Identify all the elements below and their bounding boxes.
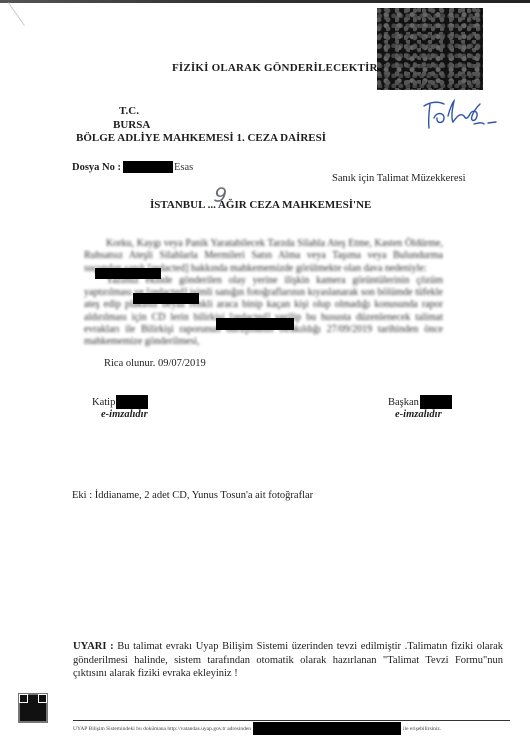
footer-code-redaction bbox=[253, 722, 401, 735]
attachments-line: Eki : İddianame, 2 adet CD, Yunus Tosun'… bbox=[72, 490, 313, 501]
signature-name-redaction bbox=[420, 395, 452, 409]
signature-president: Başkan e-imzalıdır bbox=[388, 395, 452, 420]
issuing-court: BÖLGE ADLİYE MAHKEMESİ 1. CEZA DAİRESİ bbox=[76, 132, 326, 144]
signature-role: Başkan bbox=[388, 397, 419, 408]
signature-clerk: Katip e-imzalıdır bbox=[92, 395, 148, 420]
footer-prefix: UYAP Bilişim Sistemindeki bu dokümana ht… bbox=[73, 726, 251, 732]
warning-notice: UYARI : Bu talimat evrakı Uyap Bilişim S… bbox=[73, 640, 503, 681]
city-heading: BURSA bbox=[113, 119, 150, 131]
footer-suffix: ile erişebilirsiniz. bbox=[403, 726, 441, 732]
e-signature-status: e-imzalıdır bbox=[101, 409, 148, 420]
file-number: Dosya No : Esas bbox=[72, 161, 193, 173]
country-heading: T.C. bbox=[119, 105, 139, 117]
document-subject: Sanık için Talimat Müzekkeresi bbox=[332, 173, 466, 184]
signature-name-redaction bbox=[116, 395, 148, 409]
e-signature-status: e-imzalıdır bbox=[395, 409, 452, 420]
recipient-court: İSTANBUL ... AĞIR CEZA MAHKEMESİ'NE bbox=[150, 199, 371, 211]
defendant-name-redaction-2 bbox=[133, 293, 199, 304]
defendant-name-redaction bbox=[95, 268, 161, 279]
handwritten-signature-icon bbox=[420, 96, 500, 132]
file-number-redaction bbox=[123, 161, 173, 173]
body-paragraph-2: Yazımız ekinde gönderilen olay yerine il… bbox=[84, 275, 443, 349]
scan-top-edge bbox=[0, 0, 530, 3]
qr-code-icon bbox=[18, 693, 48, 723]
warning-text: Bu talimat evrakı Uyap Bilişim Sistemi ü… bbox=[73, 641, 503, 679]
signature-role: Katip bbox=[92, 397, 115, 408]
expert-name-redaction bbox=[216, 318, 294, 330]
footer-divider bbox=[73, 720, 510, 721]
closing-line: Rica olunur. 09/07/2019 bbox=[104, 358, 206, 369]
warning-label: UYARI : bbox=[73, 641, 114, 652]
footer-verification: UYAP Bilişim Sistemindeki bu dokümana ht… bbox=[73, 722, 510, 735]
redacted-stamp bbox=[377, 8, 483, 90]
file-number-suffix: Esas bbox=[174, 162, 193, 173]
physical-delivery-note: FİZİKİ OLARAK GÖNDERİLECEKTİR bbox=[172, 62, 378, 74]
file-number-label: Dosya No : bbox=[72, 162, 121, 173]
scan-artifact bbox=[8, 2, 25, 26]
